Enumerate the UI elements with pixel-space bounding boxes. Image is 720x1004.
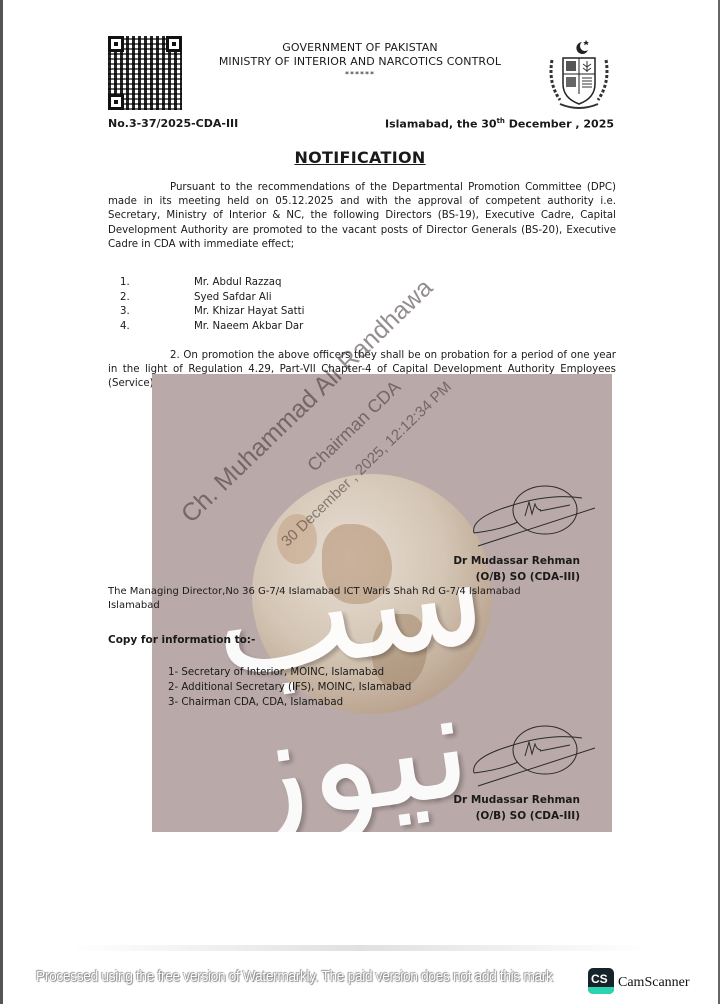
notification-date: Islamabad, the 30th December , 2025 — [385, 117, 614, 131]
header-government: GOVERNMENT OF PAKISTAN — [200, 41, 520, 54]
watermarkly-notice: Processed using the free version of Wate… — [36, 968, 553, 985]
qr-code-icon — [108, 36, 182, 110]
camscanner-logo-icon: CS — [588, 968, 614, 994]
signatory-block: Dr Mudassar Rehman (O/B) SO (CDA-III) — [453, 553, 580, 585]
notification-title: NOTIFICATION — [0, 148, 720, 167]
copy-title: Copy for information to:- — [108, 634, 255, 646]
copy-list: 1- Secretary of Interior, MOINC, Islamab… — [168, 665, 411, 710]
document-page: GOVERNMENT OF PAKISTAN MINISTRY OF INTER… — [0, 0, 720, 1004]
page-edge-shadow — [70, 945, 650, 951]
signature-icon — [470, 478, 595, 550]
copy-item: 3- Chairman CDA, CDA, Islamabad — [168, 695, 411, 710]
header-stars: ****** — [200, 70, 520, 79]
signatory-name: Dr Mudassar Rehman — [453, 553, 580, 569]
header-ministry: MINISTRY OF INTERIOR AND NARCOTICS CONTR… — [200, 55, 520, 68]
copy-item: 1- Secretary of Interior, MOINC, Islamab… — [168, 665, 411, 680]
reference-number: No.3-37/2025-CDA-III — [108, 117, 238, 130]
state-emblem-icon — [546, 38, 612, 114]
body-paragraph-1: Pursuant to the recommendations of the D… — [108, 181, 616, 252]
signatory-name: Dr Mudassar Rehman — [453, 792, 580, 808]
signatory-designation: (O/B) SO (CDA-III) — [453, 808, 580, 824]
copy-item: 2- Additional Secretary (IFS), MOINC, Is… — [168, 680, 411, 695]
recipient-address: The Managing Director,No 36 G-7/4 Islama… — [108, 585, 538, 612]
signatory-designation: (O/B) SO (CDA-III) — [453, 569, 580, 585]
signature-icon — [470, 718, 595, 790]
signatory-block: Dr Mudassar Rehman (O/B) SO (CDA-III) — [453, 792, 580, 824]
camscanner-label: CamScanner — [618, 975, 690, 991]
